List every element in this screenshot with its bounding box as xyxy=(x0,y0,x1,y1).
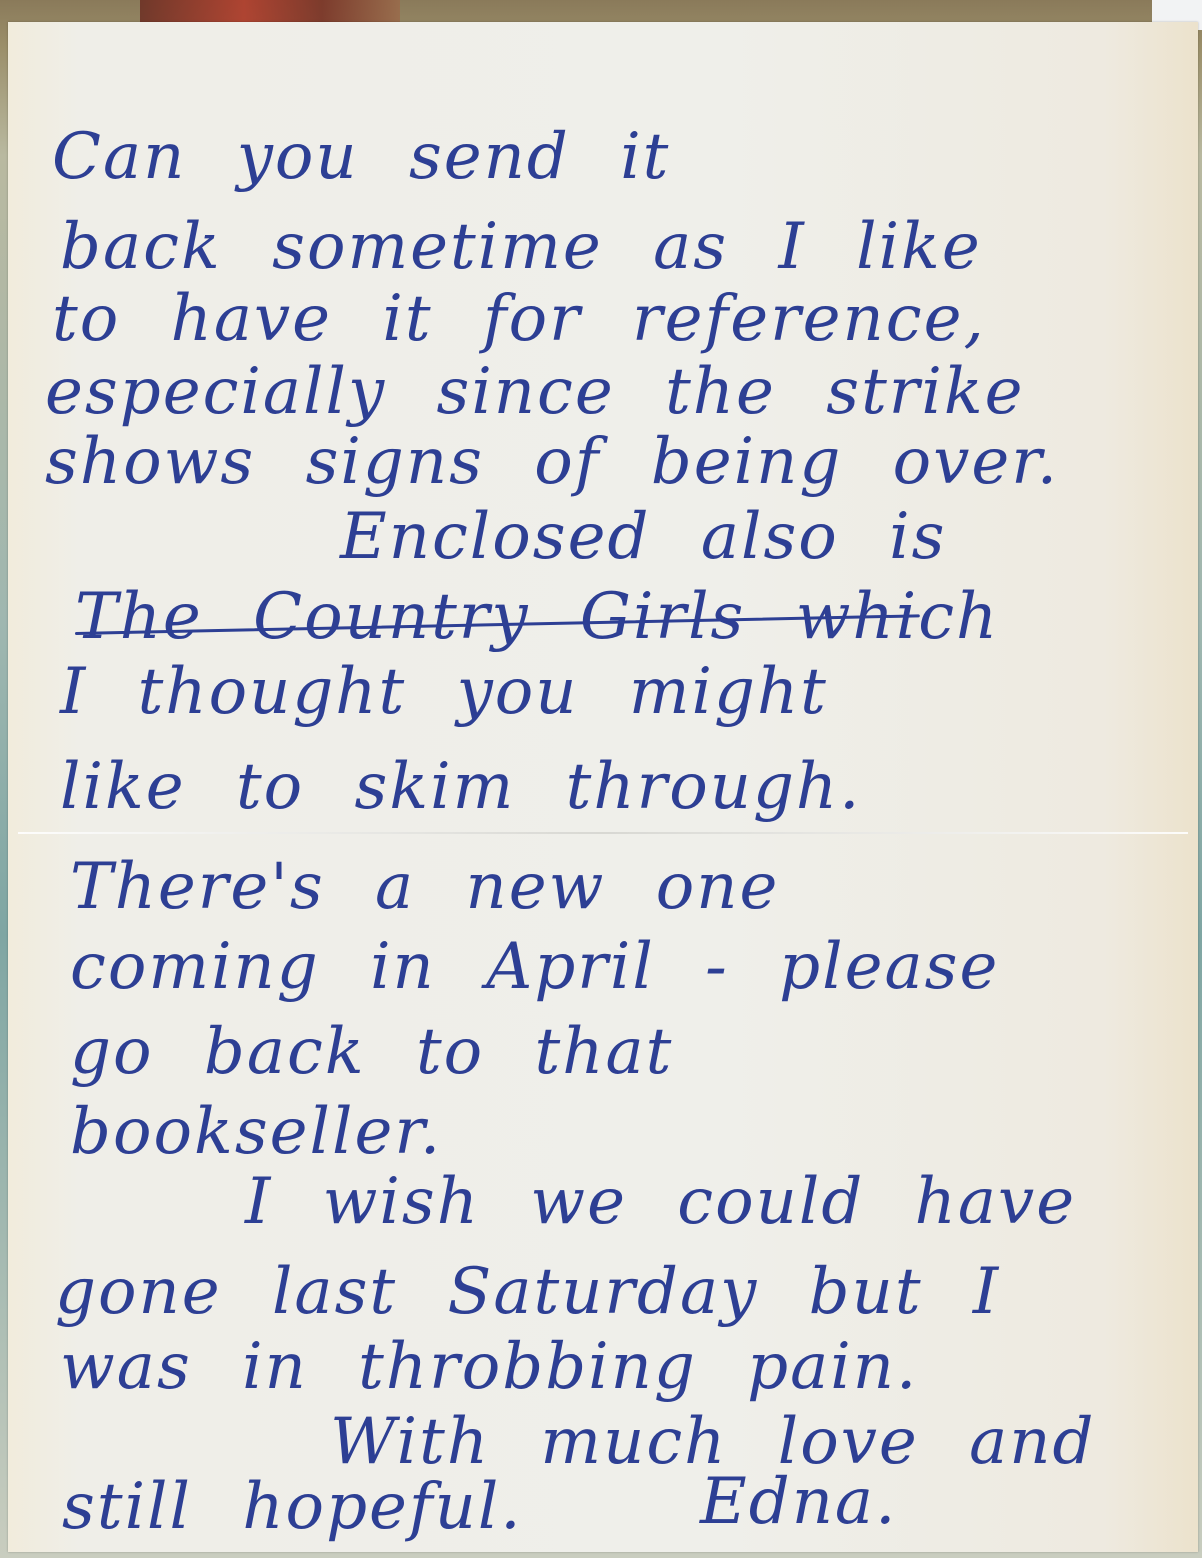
letter-line-15: gone last Saturday but I xyxy=(55,1260,1000,1324)
letter-signature: Edna. xyxy=(700,1470,897,1534)
letter-line-10: There's a new one xyxy=(70,855,779,919)
letter-line-3: to have it for reference, xyxy=(52,287,986,351)
letter-line-4: especially since the strike xyxy=(45,360,1025,424)
letter-line-1: Can you send it xyxy=(52,125,670,189)
letter-line-8: I thought you might xyxy=(60,660,828,724)
letter-line-16: was in throbbing pain. xyxy=(60,1335,918,1399)
letter-line-2: back sometime as I like xyxy=(60,215,982,279)
letter-line-11: coming in April - please xyxy=(70,935,999,999)
letter-line-5: shows signs of being over. xyxy=(45,430,1059,494)
letter-line-9: like to skim through. xyxy=(60,755,861,819)
letter-line-14: I wish we could have xyxy=(245,1170,1076,1234)
letter-line-18: still hopeful. xyxy=(62,1475,523,1539)
letter-line-13: bookseller. xyxy=(70,1100,442,1164)
letter-line-6: Enclosed also is xyxy=(340,505,946,569)
book-cover-edge xyxy=(140,0,400,24)
paper-fold-crease xyxy=(18,832,1188,834)
letter-line-12: go back to that xyxy=(70,1020,673,1084)
